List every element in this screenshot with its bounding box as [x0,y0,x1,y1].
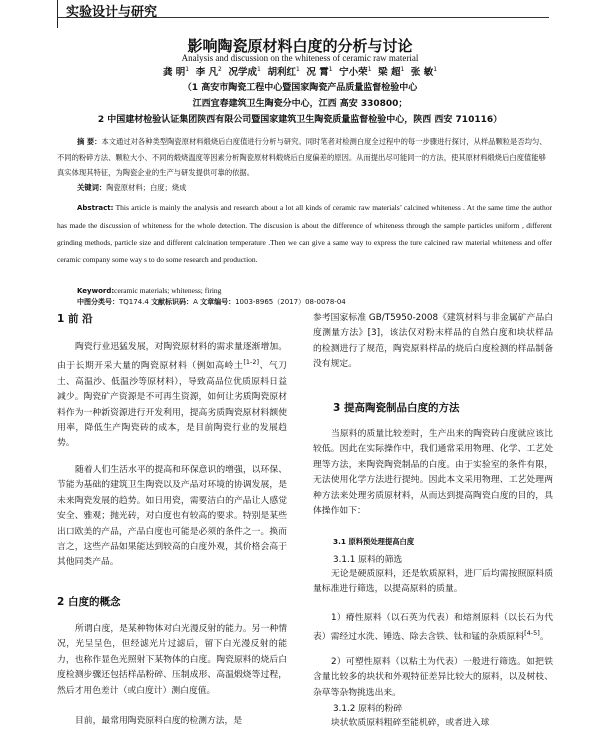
author: 梁 超1 [378,67,404,78]
affiliation-2: 2 中国建材检验认证集团陕西有限公司暨国家建筑卫生陶瓷质量监督检验中心，陕西 西… [0,112,600,125]
keywords-en-label: Keyword: [77,287,114,295]
author: 况 霄1 [306,67,332,78]
citation: [1-2] [243,358,259,366]
abstract-cn-label: 摘 要： [77,137,101,146]
paragraph: 陶瓷行业迅猛发展，对陶瓷原材料的需求量逐渐增加。由于长期开采大量的陶瓷原材料（例… [57,340,287,452]
paragraph: 当原料的质量比较差时，生产出来的陶瓷砖白度就应该比较低。因此在实际操作中，我们通… [313,427,553,519]
abstract-en-label: Abstract: [77,204,113,212]
keywords-cn-text: 陶瓷原材料；白度；烧成 [106,183,186,192]
article-number: 1003-8965（2017）08-0078-04 [235,298,346,306]
keywords-en: Keyword:ceramic materials; whiteness; fi… [77,286,221,295]
paragraph: 2）可塑性原料（以粘土为代表）一般进行筛选。如把铁含量比较多的块状和外观特征差异… [313,655,553,701]
author: 龚 明1 [163,67,189,78]
section-2-heading: 2 白度的概念 [57,594,287,609]
doc-code: A [193,298,198,306]
author-list: 龚 明1 李 凡2 况学成1 胡利红1 况 霄1 宁小荣1 梁 超1 张 敏1 [0,64,600,78]
paragraph: 所谓白度，是某种物体对白光漫反射的能力。另一种情况，光呈呈色，但经滤光片过滤后，… [57,622,287,699]
clc-number: TQ174.4 [119,298,149,306]
citation: [4-5] [524,629,540,637]
paragraph: 目前，最常用陶瓷原料白度的检测方法，是 [57,714,287,729]
author: 况学成1 [228,67,260,78]
paragraph: 随着人们生活水平的提高和环保意识的增强，以环保、节能为基础的建筑卫生陶瓷以及产品… [57,463,287,571]
journal-section-title: 实验设计与研究 [66,1,157,20]
section-1-heading: 1 前 沿 [57,311,287,326]
affiliation-1-cont: 江西宜春建筑卫生陶瓷分中心，江西 高安 330800； [0,96,600,109]
author: 宁小荣1 [339,67,371,78]
subsection-3-1-1: 3.1.1 原料的筛选 [333,552,573,565]
subsection-3-1-2: 3.1.2 原料的粉碎 [333,701,573,714]
abstract-cn: 摘 要：本文通过对各种类型陶瓷原材料煅烧后白度值进行分析与研究。同时笔者对检测白… [57,134,549,181]
paragraph: 参考国家标准 GB/T5950-2008《建筑材料与非金属矿产品白度测量方法》[… [313,311,553,373]
affiliation-1: （1 高安市陶瓷工程中心暨国家陶瓷产品质量监督检验中心 [0,80,600,93]
paragraph: 无论是硬质原料，还是软质原料，进厂后均需按照原料质量标准进行筛选，以提高原料的质… [313,567,553,598]
keywords-en-text: ceramic materials; whiteness; firing [114,286,221,295]
abstract-en: Abstract: This article is mainly the ana… [57,199,552,268]
subsection-3-1: 3.1 原料预处理提高白度 [333,537,573,547]
keywords-cn: 关键词：陶瓷原材料；白度；烧成 [77,183,186,193]
abstract-en-text: This article is mainly the analysis and … [57,203,552,264]
author: 胡利红1 [267,67,299,78]
abstract-cn-text: 本文通过对各种类型陶瓷原材料煅烧后白度值进行分析与研究。同时笔者对检测白度全过程… [57,137,547,177]
author: 李 凡2 [196,67,222,78]
section-3-heading: 3 提高陶瓷制品白度的方法 [333,400,573,415]
header-vertical-rule [57,0,58,28]
keywords-cn-label: 关键词： [77,183,106,192]
paragraph: 块状软质原料粗碎至能机碎，或者进入球 [313,716,553,731]
classification-line: 中图分类号：TQ174.4 文献标识码：A 文章编号：1003-8965（201… [77,297,346,307]
paragraph: 1）瘠性原料（以石英为代表）和熔剂原料（以长石为代表）需经过水洗、锤选、除去含铁… [313,611,553,646]
paper-title-en: Analysis and discussion on the whiteness… [0,53,600,63]
author: 张 敏1 [411,67,437,78]
